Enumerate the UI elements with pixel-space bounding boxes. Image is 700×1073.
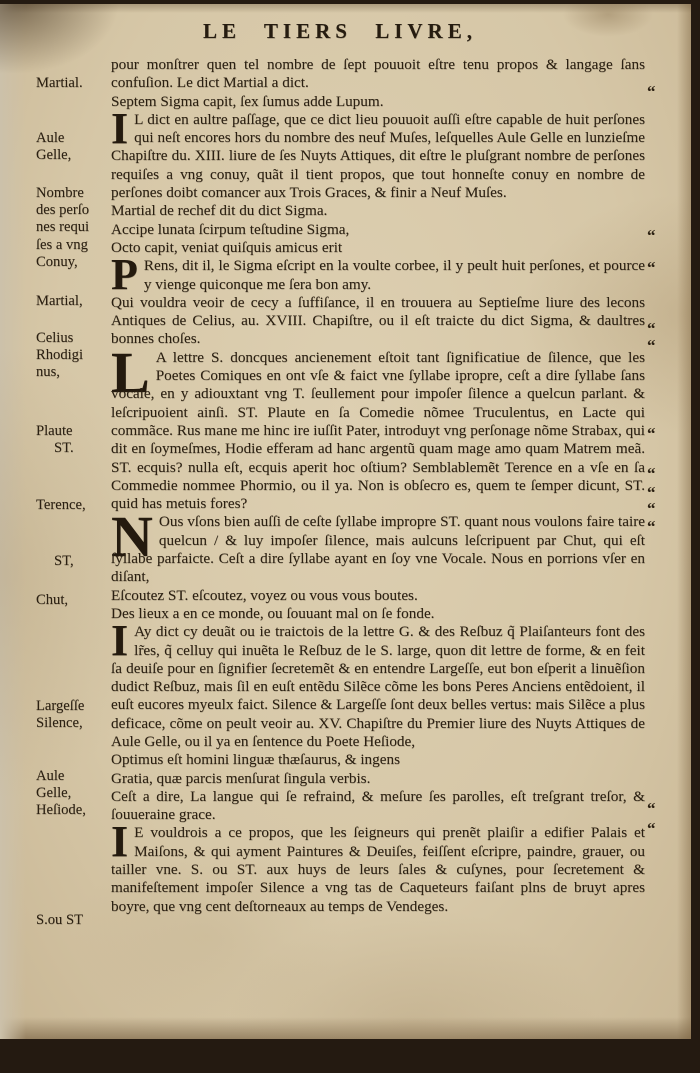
margin-note-line: des perſo	[36, 202, 108, 219]
paragraph: Qui vouldra veoir de cecy a ſuffiſance, …	[111, 294, 645, 349]
margin-note-line: Aule	[36, 130, 108, 147]
margin-note-line: nes requi	[36, 219, 108, 236]
margin-note: Martial,	[36, 293, 108, 310]
verse-line: Optimus eſt homini linguæ thæſaurus, & i…	[111, 751, 645, 769]
margin-note-line: Terence,	[36, 497, 108, 514]
paragraph: pour monſtrer quen tel nombre de ſept po…	[111, 56, 645, 93]
paragraph: IL dict en aultre paſſage, que ce dict l…	[111, 111, 645, 202]
margin-note: Plaute	[36, 423, 108, 440]
quotation-mark-icon: “	[647, 322, 667, 336]
quotation-mark-icon: “	[647, 486, 667, 500]
book-page-photo: LE TIERS LIVRE, Martial.AuleGelle,Nombre…	[0, 0, 700, 1073]
margin-note: Martial.	[36, 75, 108, 92]
margin-note-line: Gelle,	[36, 147, 108, 164]
drop-cap-initial: I	[111, 825, 128, 860]
margin-note-line: Heſiode,	[36, 802, 108, 819]
margin-note: LargeſſeSilence,	[36, 698, 108, 732]
verse-line: Septem Sigma capit, ſex ſumus adde Lupum…	[111, 93, 645, 111]
quotation-mark-icon: “	[647, 467, 667, 481]
quotation-mark-icon: “	[647, 802, 667, 816]
verse-line: Eſcoutez ST. eſcoutez, voyez ou vous vou…	[111, 587, 645, 605]
drop-cap-initial: N	[111, 513, 153, 549]
paragraph: IAy dict cy deuãt ou ie traictois de la …	[111, 623, 645, 751]
margin-note-line: Plaute	[36, 423, 108, 440]
margin-note-line: Conuy,	[36, 254, 108, 271]
margin-note-line: Largeſſe	[36, 698, 108, 715]
paragraph: NOus vſons bien auſſi de ceſte ſyllabe i…	[111, 513, 645, 586]
margin-note: Nombredes perſones requiſes a vngConuy,	[36, 185, 108, 271]
verse-line: Des lieux a en ce monde, ou ſouuant mal …	[111, 605, 645, 623]
paragraph: LA lettre S. doncques ancienement eſtoit…	[111, 349, 645, 514]
drop-cap-initial: I	[111, 112, 128, 147]
margin-note-line: Aule	[36, 768, 108, 785]
paragraph: Martial de rechef dit du dict Sigma.	[111, 202, 645, 220]
verse-line: Gratia, quæ parcis menſurat ſingula verb…	[111, 770, 645, 788]
quotation-mark-icon: “	[647, 520, 667, 534]
margin-note-line: Chut,	[36, 592, 108, 609]
drop-cap-initial: L	[111, 349, 150, 385]
quotation-mark-icon: “	[647, 502, 667, 516]
paragraph: PRens, dit il, le Sigma eſcript en la vo…	[111, 257, 645, 294]
margin-note-line: Rhodigi	[36, 347, 108, 364]
quotation-mark-icon: “	[647, 85, 667, 99]
quotation-mark-icon: “	[647, 822, 667, 836]
margin-note-line: S.ou ST	[36, 912, 108, 929]
margin-note-line: nus,	[36, 364, 108, 381]
margin-note: AuleGelle,	[36, 130, 108, 164]
drop-cap-initial: P	[111, 258, 138, 293]
margin-note: Terence,	[36, 497, 108, 514]
margin-note: Chut,	[36, 592, 108, 609]
paragraph: IE vouldrois a ce propos, que les ſeigne…	[111, 824, 645, 915]
margin-note: S.ou ST	[36, 912, 108, 929]
verse-line: Accipe lunata ſcirpum teſtudine Sigma,	[111, 221, 645, 239]
quotation-mark-icon: “	[647, 427, 667, 441]
margin-note-line: ſes a vng	[36, 237, 108, 254]
margin-note: CeliusRhodiginus,	[36, 330, 108, 382]
margin-note-line: Silence,	[36, 715, 108, 732]
margin-note-line: Gelle,	[36, 785, 108, 802]
drop-cap-initial: I	[111, 624, 128, 659]
page-title: LE TIERS LIVRE,	[0, 19, 680, 44]
margin-note-line: Celius	[36, 330, 108, 347]
margin-note-line: Nombre	[36, 185, 108, 202]
verse-line: Octo capit, veniat quiſquis amicus erit	[111, 239, 645, 257]
paragraph: Ceſt a dire, La langue qui ſe refraind, …	[111, 788, 645, 825]
margin-note: AuleGelle,Heſiode,	[36, 768, 108, 820]
quotation-mark-icon: “	[647, 261, 667, 275]
margin-note-line: Martial.	[36, 75, 108, 92]
body-text-column: pour monſtrer quen tel nombre de ſept po…	[111, 56, 645, 916]
quotation-mark-icon: “	[647, 339, 667, 353]
quotation-mark-icon: “	[647, 229, 667, 243]
margin-note-line: Martial,	[36, 293, 108, 310]
